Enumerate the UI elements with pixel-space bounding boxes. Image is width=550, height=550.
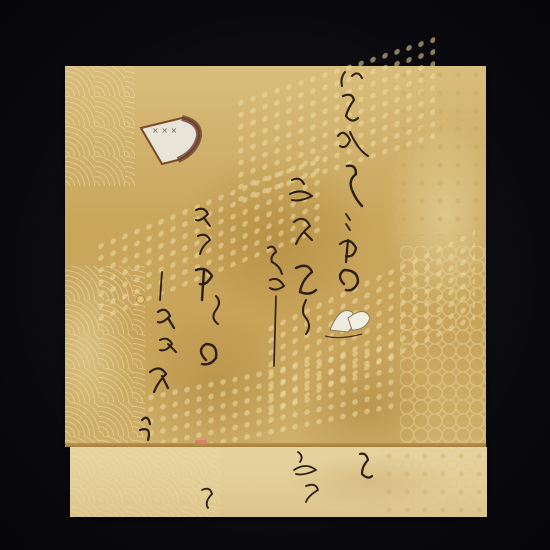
fan-motif-icon: × × × [141,118,199,164]
calligraphy-layer: × × × [0,0,550,550]
svg-text:× × ×: × × × [152,126,177,135]
butterfly-motif-icon [325,310,370,337]
